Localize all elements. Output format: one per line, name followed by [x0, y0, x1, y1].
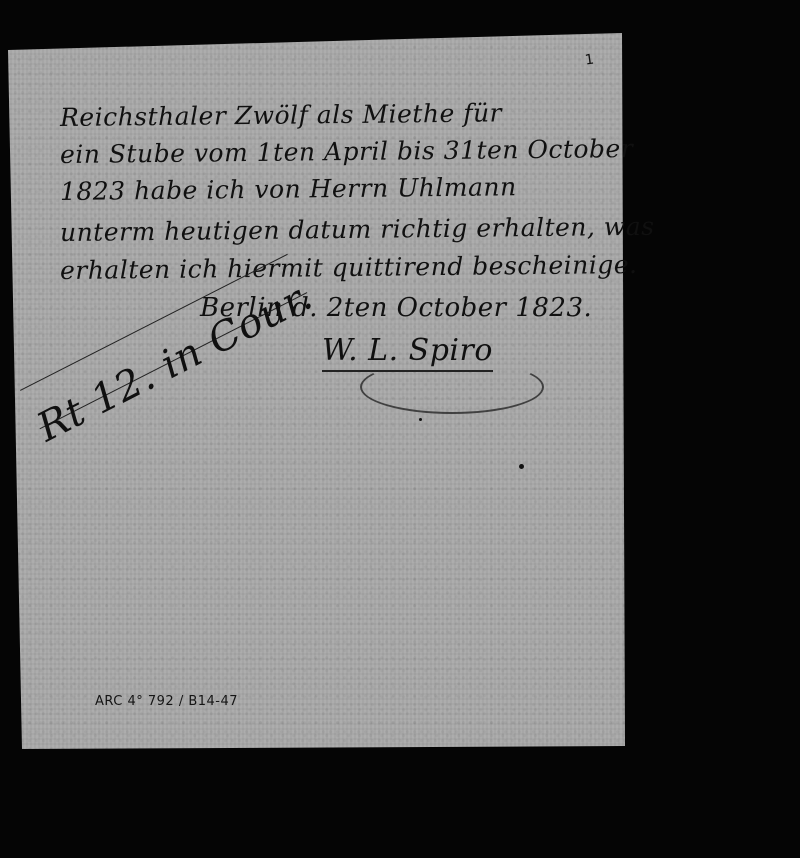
- ink-dot: [419, 418, 422, 421]
- receipt-line-5: erhalten ich hiermit quittirend beschein…: [60, 250, 638, 285]
- ink-dot: [519, 464, 524, 469]
- archive-shelfmark: ARC 4° 792 / B14-47: [95, 694, 238, 709]
- receipt-line-2: ein Stube vom 1ten April bis 31ten Octob…: [60, 134, 634, 169]
- signature-flourish: [360, 360, 544, 414]
- receipt-line-3: 1823 habe ich von Herrn Uhlmann: [60, 172, 517, 206]
- receipt-line-4: unterm heutigen datum richtig erhalten, …: [60, 212, 655, 247]
- receipt-line-1: Reichsthaler Zwölf als Miethe für: [60, 98, 502, 132]
